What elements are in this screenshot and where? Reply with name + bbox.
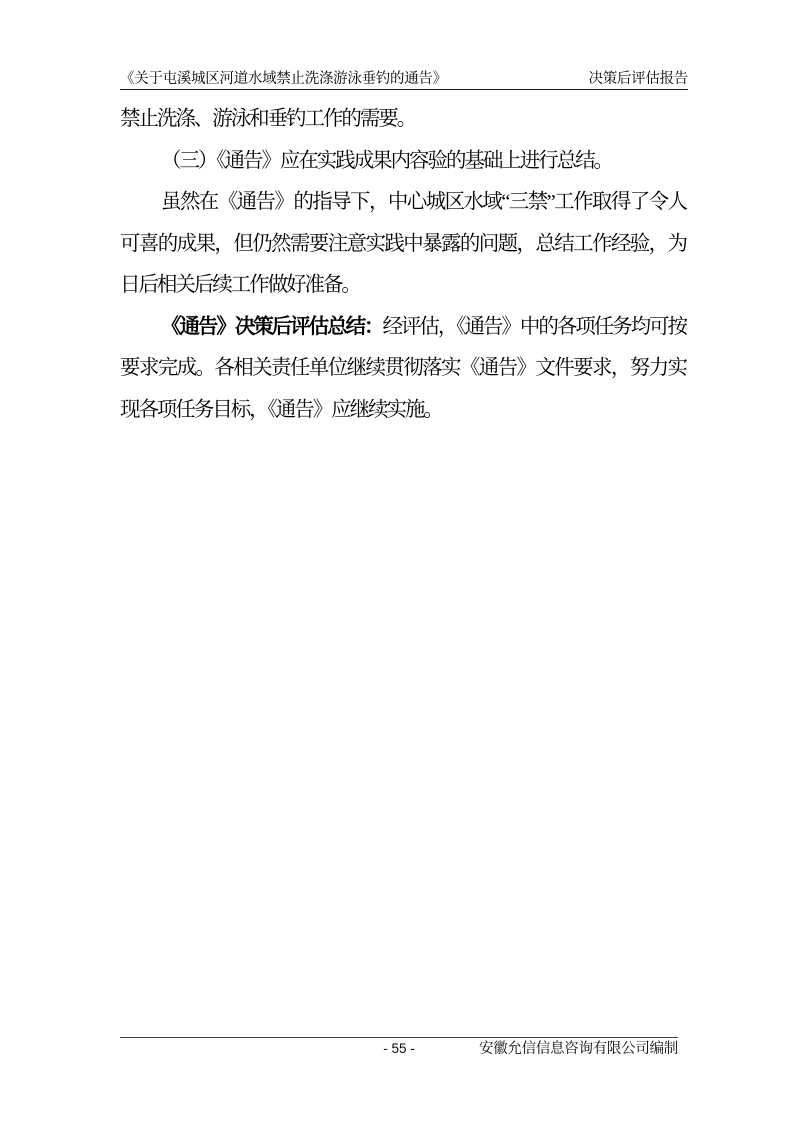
header-doc-title: 《关于屯溪城区河道水域禁止洗涤游泳垂钓的通告》	[120, 72, 447, 87]
paragraph-continuation: 禁止洗涤、游泳和垂钓工作的需要。	[120, 99, 686, 141]
footer-company: 安徽允信信息咨询有限公司编制	[479, 1041, 678, 1057]
paragraph-conclusion: 《通告》决策后评估总结：经评估，《通告》中的各项任务均可按要求完成。各相关责任单…	[120, 307, 686, 432]
page-header: 《关于屯溪城区河道水域禁止洗涤游泳垂钓的通告》 决策后评估报告	[120, 72, 688, 90]
page-body: 禁止洗涤、游泳和垂钓工作的需要。 （三）《通告》应在实践成果内容验的基础上进行总…	[120, 99, 686, 431]
conclusion-lead-label: 《通告》决策后评估总结：	[161, 316, 382, 338]
paragraph-section-heading: （三）《通告》应在实践成果内容验的基础上进行总结。	[120, 141, 686, 183]
document-page: 《关于屯溪城区河道水域禁止洗涤游泳垂钓的通告》 决策后评估报告 禁止洗涤、游泳和…	[0, 0, 793, 1122]
paragraph-analysis: 虽然在《通告》的指导下，中心城区水域“三禁”工作取得了令人可喜的成果，但仍然需要…	[120, 182, 686, 307]
header-report-type: 决策后评估报告	[589, 72, 688, 87]
page-footer: - 55 - 安徽允信信息咨询有限公司编制	[120, 1037, 678, 1061]
